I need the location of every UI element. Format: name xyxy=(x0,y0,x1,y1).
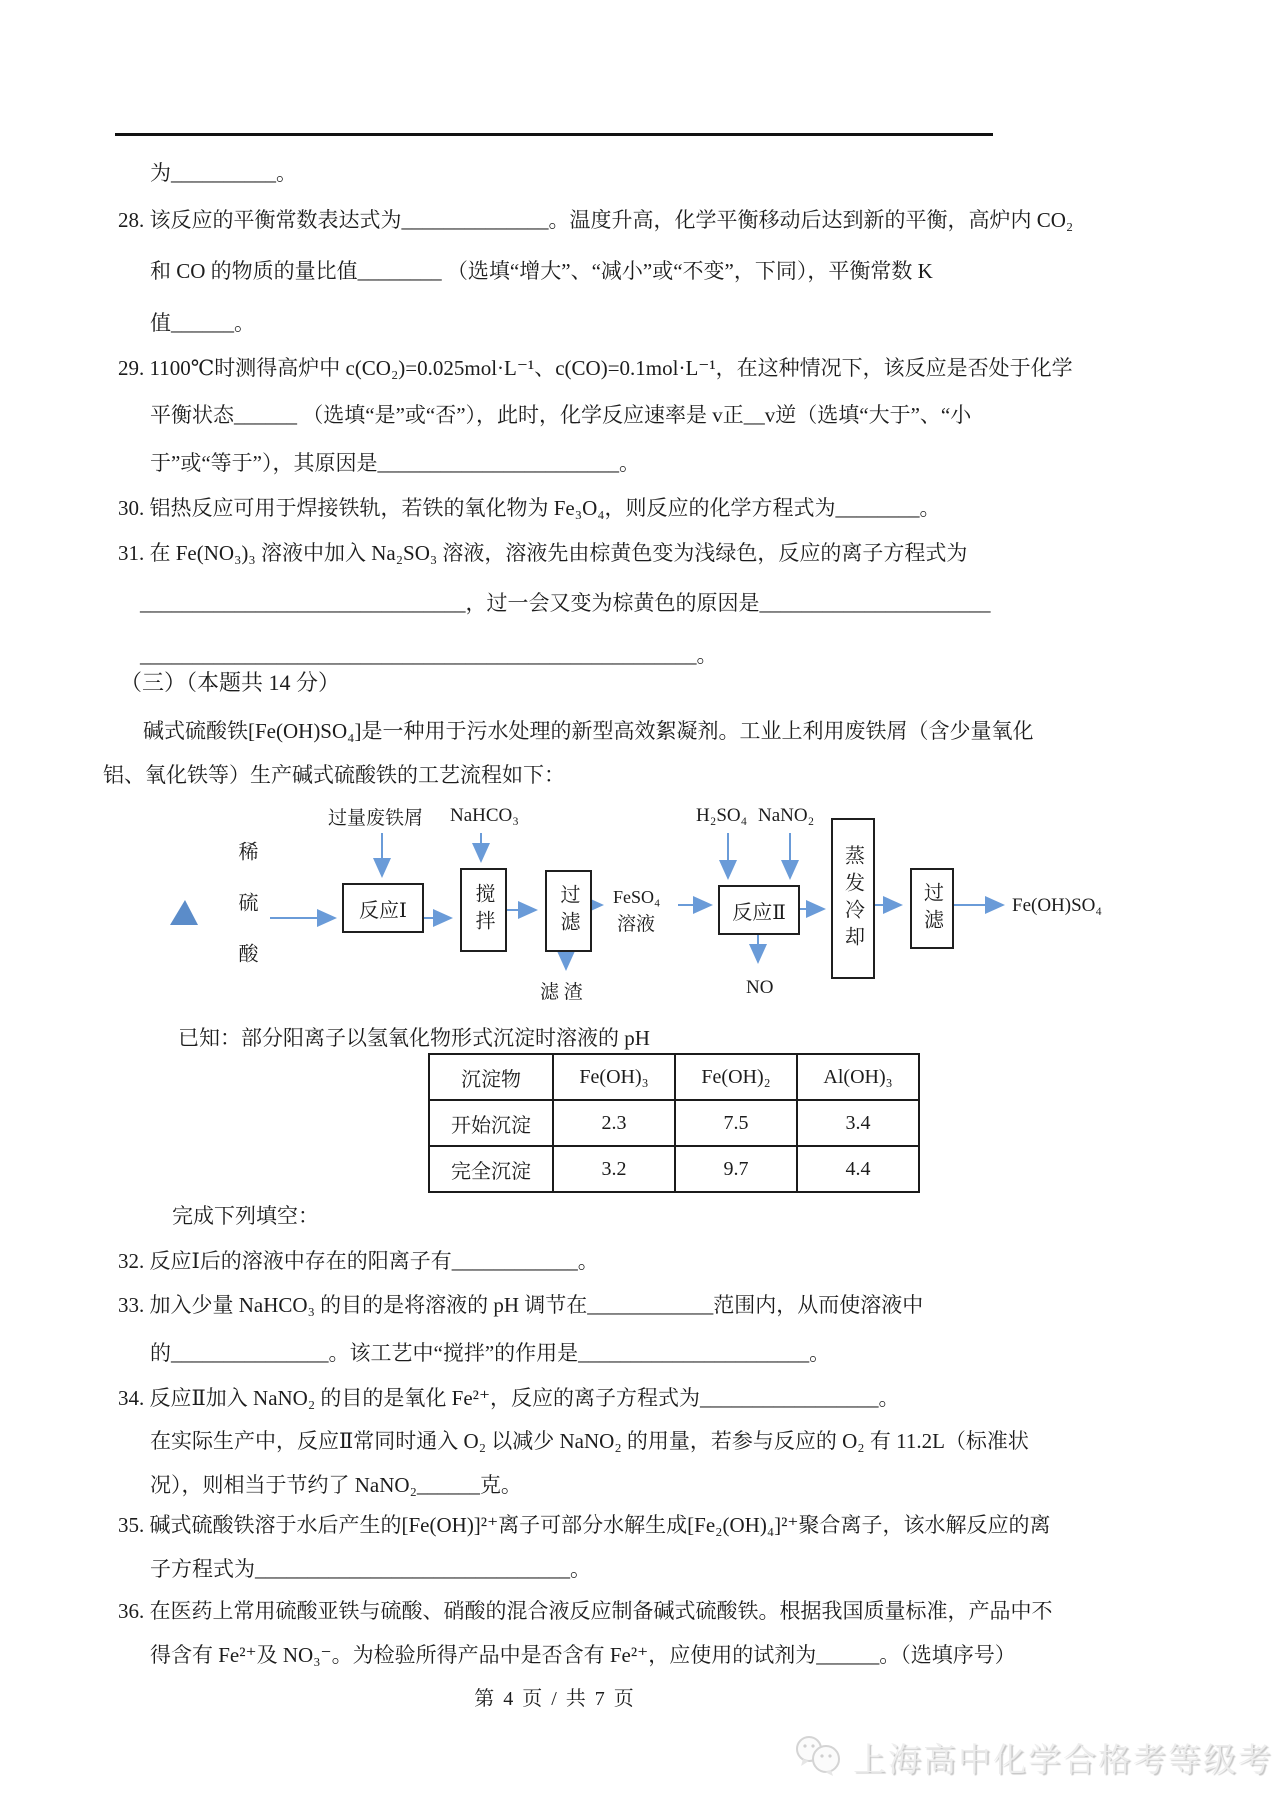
q29-line-1: 29. 1100℃时测得高炉中 c(CO₂)=0.025mol·L⁻¹、c(CO… xyxy=(118,355,1073,381)
flow-box-stir: 搅拌 xyxy=(460,868,507,952)
flow-box-filter2: 过滤 xyxy=(910,868,954,949)
ph-table-cell: 9.7 xyxy=(675,1146,797,1192)
ph-table-cell: 7.5 xyxy=(675,1100,797,1146)
ph-table-row-label: 开始沉淀 xyxy=(429,1100,553,1146)
flow-box-reaction2-label: 反应Ⅱ xyxy=(732,896,786,925)
q35-line-1: 35. 碱式硫酸铁溶于水后产生的[Fe(OH)]²⁺离子可部分水解生成[Fe₂(… xyxy=(118,1512,1051,1538)
top-rule xyxy=(115,133,993,136)
watermark: 上海高中化学合格考等级考 xyxy=(793,1733,1273,1782)
section3-intro-2: 铝、氧化铁等）生产碱式硫酸铁的工艺流程如下： xyxy=(103,762,565,788)
q36-line-2: 得含有 Fe²⁺及 NO₃⁻。为检验所得产品中是否含有 Fe²⁺，应使用的试剂为… xyxy=(150,1642,1016,1668)
q34-line-1: 34. 反应Ⅱ加入 NaNO₂ 的目的是氧化 Fe²⁺，反应的离子方程式为___… xyxy=(118,1385,900,1411)
flow-box-filter2-label: 过滤 xyxy=(918,882,947,936)
flow-box-stir-label: 搅拌 xyxy=(469,883,498,937)
flow-label-nahco3: NaHCO₃ xyxy=(450,805,519,827)
flow-box-filter1: 过滤 xyxy=(545,870,592,952)
q33-line-1: 33. 加入少量 NaHCO₃ 的目的是将溶液的 pH 调节在_________… xyxy=(118,1292,923,1318)
flow-label-no-gas: NO xyxy=(746,977,773,999)
ph-table: 沉淀物 Fe(OH)₃ Fe(OH)₂ Al(OH)₃ 开始沉淀 2.3 7.5… xyxy=(428,1053,920,1193)
q28-line-3: 值______。 xyxy=(150,310,255,336)
flow-label-residue: 滤 渣 xyxy=(540,977,583,1004)
fill-prompt-line: 完成下列填空： xyxy=(172,1203,319,1229)
q31-line-3: ________________________________________… xyxy=(140,642,718,668)
ph-table-cell: 2.3 xyxy=(553,1100,675,1146)
ph-table-header-row: 沉淀物 Fe(OH)₃ Fe(OH)₂ Al(OH)₃ xyxy=(429,1054,919,1100)
flow-label-feso4: FeSO₄ xyxy=(613,887,660,908)
flow-label-product: Fe(OH)SO₄ xyxy=(1012,895,1102,917)
q29-line-3: 于”或“等于”），其原因是_______________________。 xyxy=(150,450,640,476)
q33-line-2: 的_______________。该工艺中“搅拌”的作用是___________… xyxy=(150,1340,830,1366)
ph-table-header-cell: 沉淀物 xyxy=(429,1054,553,1100)
ph-table-row-label: 完全沉淀 xyxy=(429,1146,553,1192)
ph-table-header-cell: Al(OH)₃ xyxy=(797,1054,919,1100)
process-flow-diagram: 稀硫酸 过量废铁屑 NaHCO₃ 反应Ⅰ 搅拌 过滤 滤 渣 FeSO₄ 溶液 … xyxy=(130,795,1110,1013)
flow-label-excess-scrap: 过量废铁屑 xyxy=(328,803,423,830)
flow-box-reaction1: 反应Ⅰ xyxy=(342,883,424,933)
flow-label-solution: 溶液 xyxy=(617,909,655,936)
flow-label-dilute-acid: 稀硫酸 xyxy=(232,841,261,994)
ph-table-cell: 4.4 xyxy=(797,1146,919,1192)
ph-table-cell: 3.4 xyxy=(797,1100,919,1146)
ph-table-header-cell: Fe(OH)₂ xyxy=(675,1054,797,1100)
known-condition-line: 已知：部分阳离子以氢氧化物形式沉淀时溶液的 pH xyxy=(178,1025,650,1051)
ph-table-row-begin: 开始沉淀 2.3 7.5 3.4 xyxy=(429,1100,919,1146)
flow-box-evaporate-cool: 蒸发冷却 xyxy=(831,818,875,979)
blue-triangle-mark xyxy=(170,900,198,925)
section3-heading: （三）（本题共 14 分） xyxy=(120,670,340,696)
q27-tail-line: 为__________。 xyxy=(150,160,297,186)
watermark-text: 上海高中化学合格考等级考 xyxy=(853,1734,1273,1781)
q32-line-1: 32. 反应Ⅰ后的溶液中存在的阳离子有____________。 xyxy=(118,1248,599,1274)
flow-box-evaporate-cool-label: 蒸发冷却 xyxy=(839,845,868,953)
q36-line-1: 36. 在医药上常用硫酸亚铁与硫酸、硝酸的混合液反应制备碱式硫酸铁。根据我国质量… xyxy=(118,1598,1053,1624)
flow-box-reaction1-label: 反应Ⅰ xyxy=(359,894,407,923)
q29-line-2: 平衡状态______ （选填“是”或“否”），此时，化学反应速率是 v正__v逆… xyxy=(150,402,971,428)
flow-label-h2so4: H₂SO₄ xyxy=(696,805,747,827)
q28-line-1: 28. 该反应的平衡常数表达式为______________。温度升高，化学平衡… xyxy=(118,207,1073,233)
flow-label-nano2: NaNO₂ xyxy=(758,805,814,827)
flow-box-reaction2: 反应Ⅱ xyxy=(718,885,800,935)
ph-table-row-complete: 完全沉淀 3.2 9.7 4.4 xyxy=(429,1146,919,1192)
q28-line-2: 和 CO 的物质的量比值________ （选填“增大”、“减小”或“不变”，下… xyxy=(150,258,933,284)
q34-line-3: 况），则相当于节约了 NaNO₂______克。 xyxy=(150,1472,522,1498)
q35-line-2: 子方程式为______________________________。 xyxy=(150,1556,591,1582)
exam-page: 为__________。 28. 该反应的平衡常数表达式为___________… xyxy=(0,0,1280,1810)
ph-table-cell: 3.2 xyxy=(553,1146,675,1192)
q30-line-1: 30. 铝热反应可用于焊接铁轨，若铁的氧化物为 Fe₃O₄，则反应的化学方程式为… xyxy=(118,495,941,521)
section3-intro-1: 碱式硫酸铁[Fe(OH)SO₄]是一种用于污水处理的新型高效絮凝剂。工业上利用废… xyxy=(143,718,1033,744)
q31-line-2: _______________________________，过一会又变为棕黄… xyxy=(140,590,991,616)
page-number-footer: 第 4 页 / 共 7 页 xyxy=(355,1682,755,1711)
q31-line-1: 31. 在 Fe(NO₃)₃ 溶液中加入 Na₂SO₃ 溶液，溶液先由棕黄色变为… xyxy=(118,540,967,566)
q34-line-2: 在实际生产中，反应Ⅱ常同时通入 O₂ 以减少 NaNO₂ 的用量，若参与反应的 … xyxy=(150,1428,1029,1454)
ph-table-header-cell: Fe(OH)₃ xyxy=(553,1054,675,1100)
flow-box-filter1-label: 过滤 xyxy=(554,884,583,938)
wechat-icon xyxy=(793,1733,845,1782)
